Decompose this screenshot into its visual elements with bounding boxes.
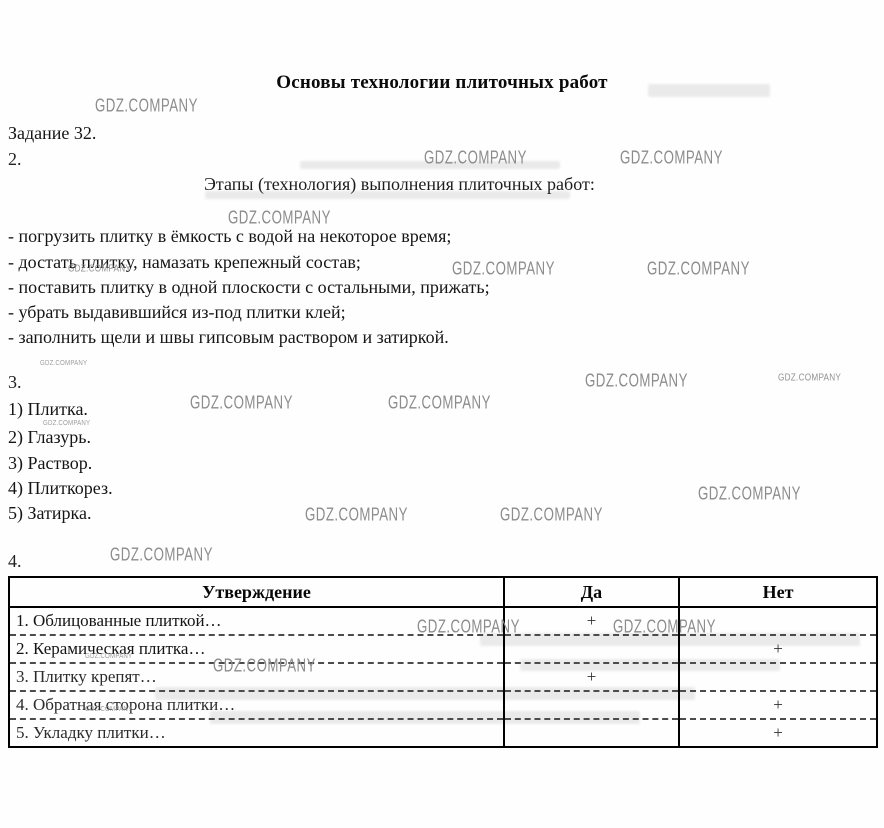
table-row: 5. Укладку плитки… + (9, 719, 877, 747)
step-item: - поставить плитку в одной плоскости с о… (8, 276, 490, 298)
step-item: - заполнить щели и швы гипсовым растворо… (8, 326, 449, 348)
statement-cell: 1. Облицованные плиткой… (9, 607, 504, 635)
no-cell: + (679, 691, 877, 719)
list-item: 1) Плитка. (8, 398, 88, 420)
yes-cell (504, 635, 679, 663)
statement-cell: 4. Обратная сторона плитки… (9, 691, 504, 719)
task-label: Задание 32. (8, 122, 96, 144)
step-item: - убрать выдавившийся из-под плитки клей… (8, 301, 346, 323)
section4-number: 4. (8, 550, 22, 572)
table-header-row: Утверждение Да Нет (9, 577, 877, 607)
gdz-watermark: GDZ.COMPANY (40, 360, 87, 367)
scan-artifact (300, 161, 560, 169)
no-cell: + (679, 635, 877, 663)
header-no: Нет (679, 577, 877, 607)
gdz-watermark: GDZ.COMPANY (388, 392, 491, 414)
worksheet-page: Основы технологии плиточных работ Задани… (0, 0, 884, 828)
gdz-watermark: GDZ.COMPANY (110, 544, 213, 566)
list-item: 5) Затирка. (8, 502, 92, 524)
gdz-watermark: GDZ.COMPANY (647, 258, 750, 280)
statements-table: Утверждение Да Нет 1. Облицованные плитк… (8, 576, 878, 748)
section2-heading: Этапы (технология) выполнения плиточных … (204, 173, 595, 195)
page-title: Основы технологии плиточных работ (0, 72, 884, 94)
list-item: 3) Раствор. (8, 452, 92, 474)
header-yes: Да (504, 577, 679, 607)
table-row: 4. Обратная сторона плитки… + (9, 691, 877, 719)
step-item: - достать плитку, намазать крепежный сос… (8, 251, 361, 273)
statement-cell: 5. Укладку плитки… (9, 719, 504, 747)
no-cell (679, 607, 877, 635)
gdz-watermark: GDZ.COMPANY (585, 370, 688, 392)
gdz-watermark: GDZ.COMPANY (424, 147, 527, 169)
gdz-watermark: GDZ.COMPANY (778, 372, 841, 384)
gdz-watermark: GDZ.COMPANY (95, 95, 198, 117)
header-statement: Утверждение (9, 577, 504, 607)
statement-cell: 3. Плитку крепят… (9, 663, 504, 691)
section3-number: 3. (8, 371, 22, 393)
section2-number: 2. (8, 148, 22, 170)
gdz-watermark: GDZ.COMPANY (620, 147, 723, 169)
yes-cell (504, 719, 679, 747)
no-cell (679, 663, 877, 691)
list-item: 4) Плиткорез. (8, 477, 113, 499)
statement-cell: 2. Керамическая плитка… (9, 635, 504, 663)
table-row: 3. Плитку крепят… + (9, 663, 877, 691)
no-cell: + (679, 719, 877, 747)
list-item: 2) Глазурь. (8, 426, 91, 448)
table-row: 2. Керамическая плитка… + (9, 635, 877, 663)
yes-cell (504, 691, 679, 719)
yes-cell: + (504, 607, 679, 635)
step-item: - погрузить плитку в ёмкость с водой на … (8, 225, 451, 247)
gdz-watermark: GDZ.COMPANY (500, 504, 603, 526)
yes-cell: + (504, 663, 679, 691)
gdz-watermark: GDZ.COMPANY (190, 392, 293, 414)
table-row: 1. Облицованные плиткой… + (9, 607, 877, 635)
gdz-watermark: GDZ.COMPANY (305, 504, 408, 526)
gdz-watermark: GDZ.COMPANY (698, 483, 801, 505)
